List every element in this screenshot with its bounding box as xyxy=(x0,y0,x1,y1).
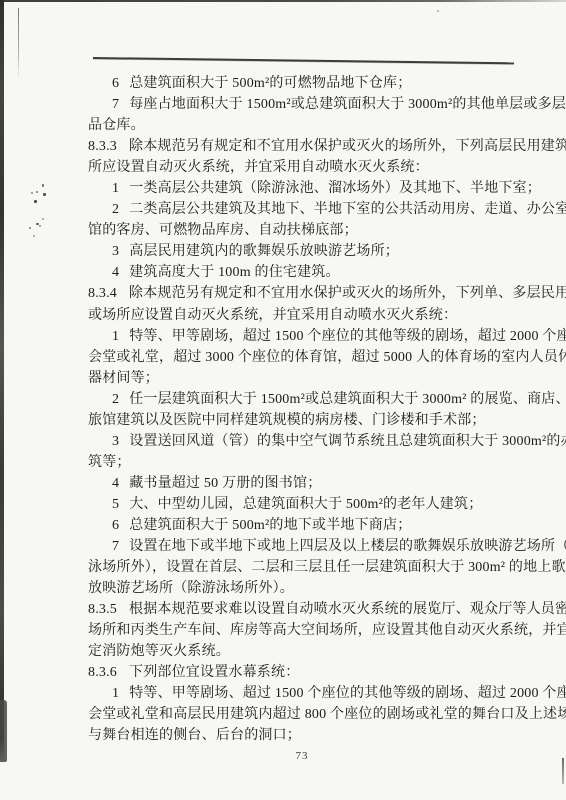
clause-text: 大、中型幼儿园，总建筑面积大于 500m²的老年人建筑； xyxy=(129,497,482,512)
clause-text: 会堂或礼堂，超过 3000 个座位的体育馆，超过 5000 人的体育场的室内人员… xyxy=(88,350,566,365)
clause-number: 3 xyxy=(112,431,119,452)
scan-vertical-line-artifact xyxy=(18,8,19,80)
clause-text: 除本规范另有规定和不宜用水保护或灭火的场所外，下列单、多层民用建筑 xyxy=(129,286,566,301)
clause-text: 设置在地下或半地下或地上四层及以上楼层的歌舞娱乐放映游艺场所（除游 xyxy=(129,539,566,554)
clause-text: 二类高层公共建筑及其地下、半地下室的公共活动用房、走道、办公室和旅 xyxy=(129,202,566,217)
text-line: 所应设置自动灭火系统，并宜采用自动喷水灭火系统： xyxy=(88,157,518,178)
clause-number: 8.3.6 xyxy=(88,662,117,683)
text-line: 7每座占地面积大于 1500m²或总建筑面积大于 3000m²的其他单层或多层丙… xyxy=(88,94,518,115)
document-body: 6总建筑面积大于 500m²的可燃物品地下仓库； 7每座占地面积大于 1500m… xyxy=(88,73,518,747)
text-line: 放映游艺场所（除游泳场所外）。 xyxy=(88,578,518,599)
scan-speck xyxy=(42,184,45,187)
clause-text: 场所和丙类生产车间、库房等高大空间场所，应设置其他自动灭火系统，并宜采用固 xyxy=(88,623,566,638)
clause-number: 7 xyxy=(112,536,119,557)
text-line: 8.3.6下列部位宜设置水幕系统： xyxy=(88,662,518,683)
clause-text: 根据本规范要求难以设置自动喷水灭火系统的展览厅、观众厅等人员密集的 xyxy=(129,602,566,617)
clause-number: 1 xyxy=(112,683,119,704)
text-line: 8.3.4除本规范另有规定和不宜用水保护或灭火的场所外，下列单、多层民用建筑 xyxy=(88,283,518,304)
text-line: 会堂或礼堂，超过 3000 个座位的体育馆，超过 5000 人的体育场的室内人员… xyxy=(88,347,518,368)
clause-text: 每座占地面积大于 1500m²或总建筑面积大于 3000m²的其他单层或多层丙类… xyxy=(129,97,566,112)
scan-speck xyxy=(36,191,38,193)
text-line: 器材间等； xyxy=(88,368,518,389)
text-line: 1一类高层公共建筑（除游泳池、溜冰场外）及其地下、半地下室； xyxy=(88,178,518,199)
clause-text: 与舞台相连的侧台、后台的洞口； xyxy=(88,728,301,743)
scan-top-edge-artifact xyxy=(0,0,566,2)
clause-text: 任一层建筑面积大于 1500m²或总建筑面积大于 3000m² 的展览、商店、餐… xyxy=(129,392,566,407)
text-line: 1特等、甲等剧场，超过 1500 个座位的其他等级的剧场，超过 2000 个座位… xyxy=(88,326,518,347)
clause-number: 2 xyxy=(112,199,119,220)
text-line: 品仓库。 xyxy=(88,115,518,136)
clause-number: 6 xyxy=(112,73,119,94)
clause-text: 总建筑面积大于 500m²的地下或半地下商店； xyxy=(129,518,411,533)
scan-left-edge-blotch xyxy=(0,700,7,762)
clause-text: 所应设置自动灭火系统，并宜采用自动喷水灭火系统： xyxy=(88,160,429,175)
clause-text: 器材间等； xyxy=(88,371,159,386)
clause-text: 设置送回风道（管）的集中空气调节系统且总建筑面积大于 3000m²的办公建 xyxy=(129,434,566,449)
text-line: 2任一层建筑面积大于 1500m²或总建筑面积大于 3000m² 的展览、商店、… xyxy=(88,389,518,410)
clause-text: 或场所应设置自动灭火系统，并宜采用自动喷水灭火系统： xyxy=(88,308,457,323)
clause-text: 高层民用建筑内的歌舞娱乐放映游艺场所； xyxy=(129,244,399,259)
text-line: 8.3.5根据本规范要求难以设置自动喷水灭火系统的展览厅、观众厅等人员密集的 xyxy=(88,599,518,620)
text-line: 3设置送回风道（管）的集中空气调节系统且总建筑面积大于 3000m²的办公建 xyxy=(88,431,518,452)
text-line: 7设置在地下或半地下或地上四层及以上楼层的歌舞娱乐放映游艺场所（除游 xyxy=(88,536,518,557)
clause-text: 馆的客房、可燃物品库房、自动扶梯底部； xyxy=(88,223,358,238)
clause-text: 泳场所外），设置在首层、二层和三层且任一层建筑面积大于 300m² 的地上歌舞娱… xyxy=(88,560,566,575)
clause-number: 8.3.4 xyxy=(88,283,117,304)
scanned-document-page: 6总建筑面积大于 500m²的可燃物品地下仓库； 7每座占地面积大于 1500m… xyxy=(0,0,566,800)
text-line: 4藏书量超过 50 万册的图书馆； xyxy=(88,473,518,494)
scan-left-edge-artifact xyxy=(0,0,4,763)
clause-text: 特等、甲等剧场，超过 1500 个座位的其他等级的剧场，超过 2000 个座位的 xyxy=(129,329,566,344)
clause-text: 一类高层公共建筑（除游泳池、溜冰场外）及其地下、半地下室； xyxy=(129,181,541,196)
clause-text: 旅馆建筑以及医院中同样建筑规模的病房楼、门诊楼和手术部； xyxy=(88,413,486,428)
scan-speck xyxy=(43,193,46,196)
text-line: 定消防炮等灭火系统。 xyxy=(88,641,518,662)
clause-number: 2 xyxy=(112,389,119,410)
clause-text: 筑等； xyxy=(88,455,131,470)
clause-text: 建筑高度大于 100m 的住宅建筑。 xyxy=(129,265,340,280)
clause-number: 7 xyxy=(112,94,119,115)
scan-speck xyxy=(437,10,439,12)
text-line: 泳场所外），设置在首层、二层和三层且任一层建筑面积大于 300m² 的地上歌舞娱… xyxy=(88,557,518,578)
clause-number: 4 xyxy=(112,473,119,494)
clause-text: 定消防炮等灭火系统。 xyxy=(88,644,230,659)
text-line: 会堂或礼堂和高层民用建筑内超过 800 个座位的剧场或礼堂的舞台口及上述场所内 xyxy=(88,704,518,725)
clause-number: 1 xyxy=(112,326,119,347)
clause-number: 6 xyxy=(112,515,119,536)
scan-speck xyxy=(42,218,44,220)
scan-speck xyxy=(34,200,37,203)
clause-text: 藏书量超过 50 万册的图书馆； xyxy=(129,476,321,491)
clause-text: 下列部位宜设置水幕系统： xyxy=(129,665,299,680)
text-line: 3高层民用建筑内的歌舞娱乐放映游艺场所； xyxy=(88,241,518,262)
text-line: 筑等； xyxy=(88,452,518,473)
page-number: 73 xyxy=(88,750,516,762)
scan-bottom-right-artifact xyxy=(562,758,564,784)
clause-text: 品仓库。 xyxy=(88,118,145,133)
scan-speck xyxy=(33,235,35,237)
clause-number: 3 xyxy=(112,241,119,262)
clause-number: 8.3.5 xyxy=(88,599,117,620)
text-line: 1特等、甲等剧场、超过 1500 个座位的其他等级的剧场、超过 2000 个座位… xyxy=(88,683,518,704)
text-line: 8.3.3除本规范另有规定和不宜用水保护或灭火的场所外，下列高层民用建筑或场 xyxy=(88,136,518,157)
text-line: 2二类高层公共建筑及其地下、半地下室的公共活动用房、走道、办公室和旅 xyxy=(88,199,518,220)
header-rule-line xyxy=(93,57,514,64)
clause-text: 总建筑面积大于 500m²的可燃物品地下仓库； xyxy=(129,76,411,91)
text-line: 与舞台相连的侧台、后台的洞口； xyxy=(88,725,518,746)
clause-number: 8.3.3 xyxy=(88,136,117,157)
clause-number: 5 xyxy=(112,494,119,515)
scan-speck xyxy=(36,223,39,226)
clause-number: 1 xyxy=(112,178,119,199)
scan-speck xyxy=(31,192,33,194)
text-line: 6总建筑面积大于 500m²的可燃物品地下仓库； xyxy=(88,73,518,94)
clause-text: 除本规范另有规定和不宜用水保护或灭火的场所外，下列高层民用建筑或场 xyxy=(129,139,566,154)
clause-text: 放映游艺场所（除游泳场所外）。 xyxy=(88,581,294,596)
text-line: 或场所应设置自动灭火系统，并宜采用自动喷水灭火系统： xyxy=(88,305,518,326)
clause-text: 会堂或礼堂和高层民用建筑内超过 800 个座位的剧场或礼堂的舞台口及上述场所内 xyxy=(88,707,566,722)
text-line: 5大、中型幼儿园，总建筑面积大于 500m²的老年人建筑； xyxy=(88,494,518,515)
clause-number: 4 xyxy=(112,262,119,283)
scan-speck xyxy=(29,227,31,229)
text-line: 6总建筑面积大于 500m²的地下或半地下商店； xyxy=(88,515,518,536)
text-line: 场所和丙类生产车间、库房等高大空间场所，应设置其他自动灭火系统，并宜采用固 xyxy=(88,620,518,641)
text-line: 4建筑高度大于 100m 的住宅建筑。 xyxy=(88,262,518,283)
text-line: 馆的客房、可燃物品库房、自动扶梯底部； xyxy=(88,220,518,241)
clause-text: 特等、甲等剧场、超过 1500 个座位的其他等级的剧场、超过 2000 个座位的 xyxy=(129,686,566,701)
text-line: 旅馆建筑以及医院中同样建筑规模的病房楼、门诊楼和手术部； xyxy=(88,410,518,431)
scan-speck xyxy=(39,225,41,227)
